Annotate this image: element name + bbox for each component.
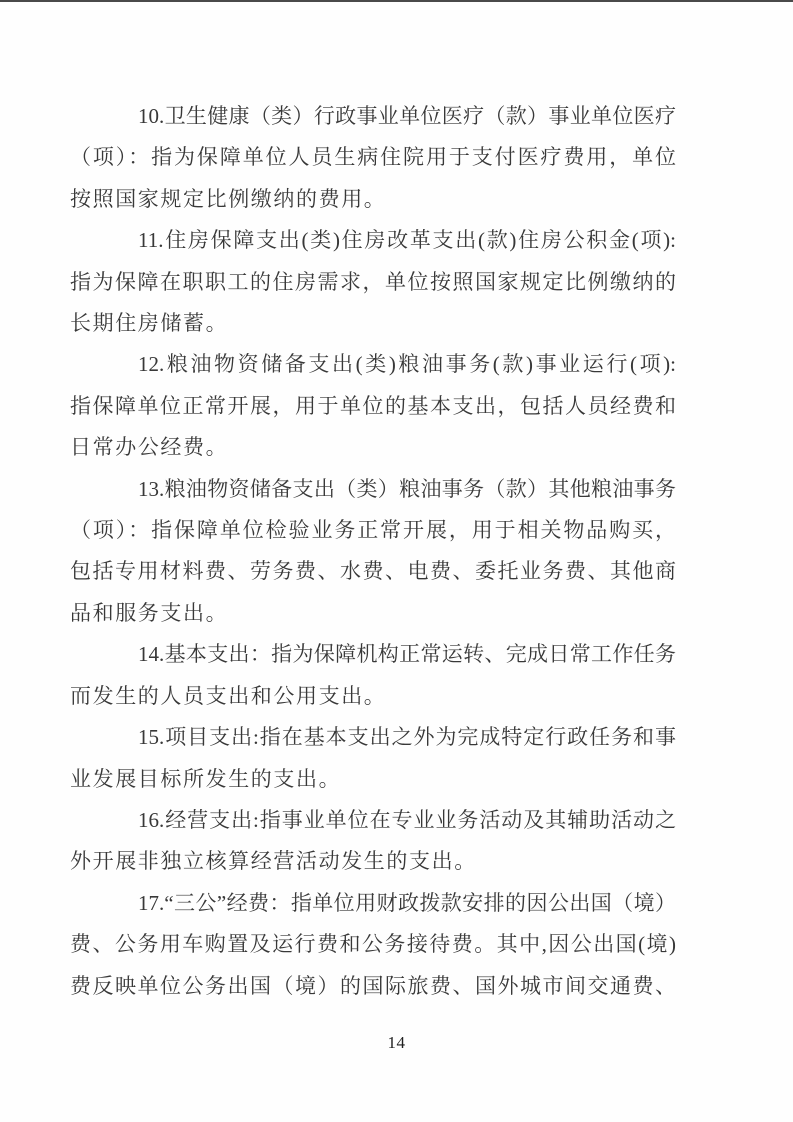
definition-item: 12.粮油物资储备支出(类)粮油事务(款)事业运行(项):指保障单位正常开展，用… [70, 344, 676, 468]
text-line: 14.基本支出：指为保障机构正常运转、完成日常工作任务 [70, 634, 676, 675]
definition-item: 10.卫生健康（类）行政事业单位医疗（款）事业单位医疗（项）：指为保障单位人员生… [70, 96, 676, 220]
text-line: 15.项目支出:指在基本支出之外为完成特定行政任务和事 [70, 717, 676, 758]
text-line: 指为保障在职职工的住房需求，单位按照国家规定比例缴纳的 [70, 262, 676, 303]
text-line: 10.卫生健康（类）行政事业单位医疗（款）事业单位医疗 [70, 96, 676, 137]
text-line: 按照国家规定比例缴纳的费用。 [70, 179, 676, 220]
text-line: 品和服务支出。 [70, 593, 676, 634]
text-line: 而发生的人员支出和公用支出。 [70, 676, 676, 717]
text-line: 费反映单位公务出国（境）的国际旅费、国外城市间交通费、 [70, 966, 676, 1007]
text-line: 12.粮油物资储备支出(类)粮油事务(款)事业运行(项): [70, 344, 676, 385]
text-line: 长期住房储蓄。 [70, 303, 676, 344]
text-line: 费、公务用车购置及运行费和公务接待费。其中,因公出国(境) [70, 924, 676, 965]
text-line: （项）：指保障单位检验业务正常开展，用于相关物品购买， [70, 510, 676, 551]
text-line: （项）：指为保障单位人员生病住院用于支付医疗费用，单位 [70, 137, 676, 178]
definition-item: 17.“三公”经费：指单位用财政拨款安排的因公出国（境）费、公务用车购置及运行费… [70, 883, 676, 1007]
definition-item: 14.基本支出：指为保障机构正常运转、完成日常工作任务而发生的人员支出和公用支出… [70, 634, 676, 717]
text-line: 指保障单位正常开展，用于单位的基本支出，包括人员经费和 [70, 386, 676, 427]
text-line: 17.“三公”经费：指单位用财政拨款安排的因公出国（境） [70, 883, 676, 924]
definition-item: 16.经营支出:指事业单位在专业业务活动及其辅助活动之外开展非独立核算经营活动发… [70, 800, 676, 883]
page-footer: 14 [0, 1032, 793, 1054]
text-line: 外开展非独立核算经营活动发生的支出。 [70, 841, 676, 882]
text-line: 16.经营支出:指事业单位在专业业务活动及其辅助活动之 [70, 800, 676, 841]
definition-item: 11.住房保障支出(类)住房改革支出(款)住房公积金(项):指为保障在职职工的住… [70, 220, 676, 344]
definition-item: 15.项目支出:指在基本支出之外为完成特定行政任务和事业发展目标所发生的支出。 [70, 717, 676, 800]
text-line: 11.住房保障支出(类)住房改革支出(款)住房公积金(项): [70, 220, 676, 261]
definition-item: 13.粮油物资储备支出（类）粮油事务（款）其他粮油事务（项）：指保障单位检验业务… [70, 469, 676, 635]
text-line: 业发展目标所发生的支出。 [70, 759, 676, 800]
text-line: 包括专用材料费、劳务费、水费、电费、委托业务费、其他商 [70, 551, 676, 592]
document-body: 10.卫生健康（类）行政事业单位医疗（款）事业单位医疗（项）：指为保障单位人员生… [70, 96, 676, 1007]
page-number: 14 [388, 1033, 406, 1052]
text-line: 日常办公经费。 [70, 427, 676, 468]
text-line: 13.粮油物资储备支出（类）粮油事务（款）其他粮油事务 [70, 469, 676, 510]
scan-border-top [0, 0, 793, 2]
document-page: 10.卫生健康（类）行政事业单位医疗（款）事业单位医疗（项）：指为保障单位人员生… [0, 0, 793, 1122]
